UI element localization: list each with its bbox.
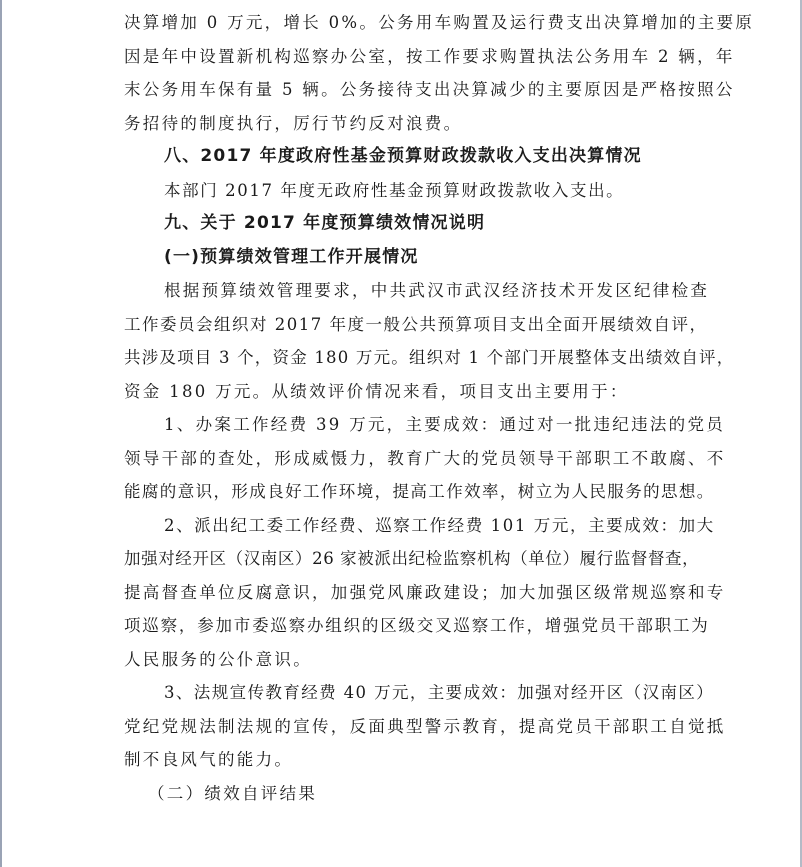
paragraph-item-1-case-funding: 1、办案工作经费 39 万元，主要成效：通过对一批违纪违法的党员 领导干部的查处… (124, 408, 690, 509)
section-heading-8: 八、2017 年度政府性基金预算财政拨款收入支出决算情况 (124, 140, 690, 174)
text-line: 务招待的制度执行，厉行节约反对浪费。 (124, 107, 690, 141)
subsection-heading-1: (一)预算绩效管理工作开展情况 (124, 241, 690, 275)
text-line: 1、办案工作经费 39 万元，主要成效：通过对一批违纪违法的党员 (124, 408, 690, 442)
text-line: 根据预算绩效管理要求，中共武汉市武汉经济技术开发区纪律检查 (124, 274, 690, 308)
paragraph-section-8: 本部门 2017 年度无政府性基金预算财政拨款收入支出。 (124, 174, 690, 208)
paragraph-performance-intro: 根据预算绩效管理要求，中共武汉市武汉经济技术开发区纪律检查 工作委员会组织对 2… (124, 274, 690, 408)
paragraph-vehicle-expenditure: 决算增加 0 万元，增长 0%。公务用车购置及运行费支出决算增加的主要原 因是年… (124, 6, 690, 140)
text-line: 3、法规宣传教育经费 40 万元，主要成效：加强对经开区（汉南区） (124, 676, 690, 710)
text-line: 制不良风气的能力。 (124, 743, 690, 777)
text-line: 决算增加 0 万元，增长 0%。公务用车购置及运行费支出决算增加的主要原 (124, 6, 690, 40)
text-line: 加强对经开区（汉南区）26 家被派出纪检监察机构（单位）履行监督督查， (124, 542, 690, 576)
text-line: 末公务用车保有量 5 辆。公务接待支出决算减少的主要原因是严格按照公 (124, 73, 690, 107)
text-line: 党纪党规法制法规的宣传，反面典型警示教育，提高党员干部职工自觉抵 (124, 710, 690, 744)
text-line: 人民服务的公仆意识。 (124, 643, 690, 677)
text-line: 能腐的意识，形成良好工作环境，提高工作效率，树立为人民服务的思想。 (124, 475, 690, 509)
text-line: 共涉及项目 3 个，资金 180 万元。组织对 1 个部门开展整体支出绩效自评， (124, 341, 690, 375)
subsection-heading-2: （二）绩效自评结果 (124, 777, 690, 811)
text-line: 项巡察，参加市委巡察办组织的区级交叉巡察工作，增强党员干部职工为 (124, 609, 690, 643)
section-heading-9: 九、关于 2017 年度预算绩效情况说明 (124, 207, 690, 241)
paragraph-item-3-legal-education: 3、法规宣传教育经费 40 万元，主要成效：加强对经开区（汉南区） 党纪党规法制… (124, 676, 690, 777)
text-line: 提高督查单位反腐意识，加强党风廉政建设；加大加强区级常规巡察和专 (124, 576, 690, 610)
page-left-border (0, 0, 2, 867)
text-line: 领导干部的查处，形成威慑力，教育广大的党员领导干部职工不敢腐、不 (124, 442, 690, 476)
text-line: 2、派出纪工委工作经费、巡察工作经费 101 万元，主要成效：加大 (124, 509, 690, 543)
paragraph-item-2-inspection-funding: 2、派出纪工委工作经费、巡察工作经费 101 万元，主要成效：加大 加强对经开区… (124, 509, 690, 677)
text-line: 因是年中设置新机构巡察办公室，按工作要求购置执法公务用车 2 辆，年 (124, 40, 690, 74)
document-page: 决算增加 0 万元，增长 0%。公务用车购置及运行费支出决算增加的主要原 因是年… (124, 6, 690, 810)
text-line: 资金 180 万元。从绩效评价情况来看，项目支出主要用于： (124, 375, 690, 409)
text-line: 工作委员会组织对 2017 年度一般公共预算项目支出全面开展绩效自评， (124, 308, 690, 342)
